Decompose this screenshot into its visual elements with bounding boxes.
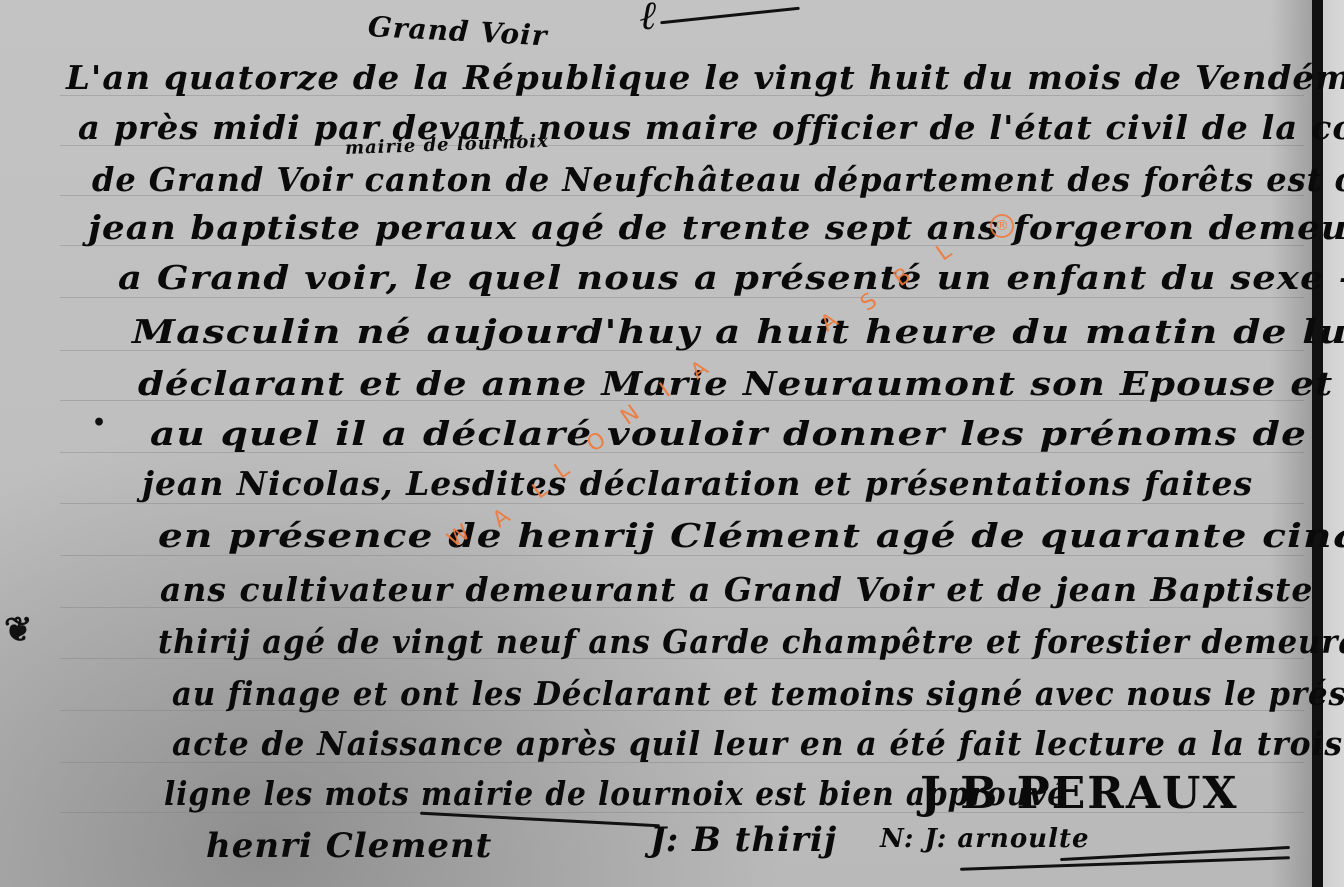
- watermark-registered-icon: ®: [990, 214, 1014, 238]
- ruled-line: [60, 297, 1304, 298]
- text-line-11: ans cultivateur demeurant a Grand Voir e…: [160, 570, 1313, 609]
- text-line-5: a Grand voir, le quel nous a présenté un…: [118, 258, 1344, 297]
- text-line-6: Masculin né aujourd'huy a huit heure du …: [132, 312, 1344, 351]
- text-line-2: a près midi par devant nous maire offici…: [78, 108, 1344, 147]
- text-line-13: au finage et ont les Déclarant et temoin…: [172, 674, 1344, 713]
- text-line-3: de Grand Voir canton de Neufchâteau dépa…: [92, 160, 1344, 199]
- top-flourish-mark: ℓ: [640, 0, 658, 39]
- signature-peraux: J B PERAUX: [920, 768, 1238, 819]
- text-line-9: jean Nicolas, Lesdites déclaration et pr…: [142, 464, 1253, 503]
- text-line-14: acte de Naissance après quil leur en a é…: [172, 724, 1343, 763]
- margin-ink-blot: ❦: [4, 610, 33, 650]
- text-line-12: thirij agé de vingt neuf ans Garde champ…: [158, 622, 1344, 661]
- signature-clement: henri Clement: [206, 826, 492, 866]
- text-line-8: au quel il a déclaré vouloir donner les …: [150, 414, 1307, 453]
- ruled-line: [60, 503, 1304, 504]
- signature-arnould: N: J: arnoulte: [880, 824, 1090, 854]
- margin-dot: •: [92, 410, 106, 436]
- text-line-7: déclarant et de anne Marie Neuraumont so…: [138, 364, 1333, 403]
- text-line-4: jean baptiste peraux agé de trente sept …: [88, 208, 1344, 247]
- text-line-1: L'an quatorze de la République le vingt …: [66, 58, 1344, 97]
- text-line-10: en présence de henrij Clément agé de qua…: [158, 516, 1344, 555]
- signature-thiry: J: B thirij: [650, 820, 837, 860]
- ruled-line: [60, 555, 1304, 556]
